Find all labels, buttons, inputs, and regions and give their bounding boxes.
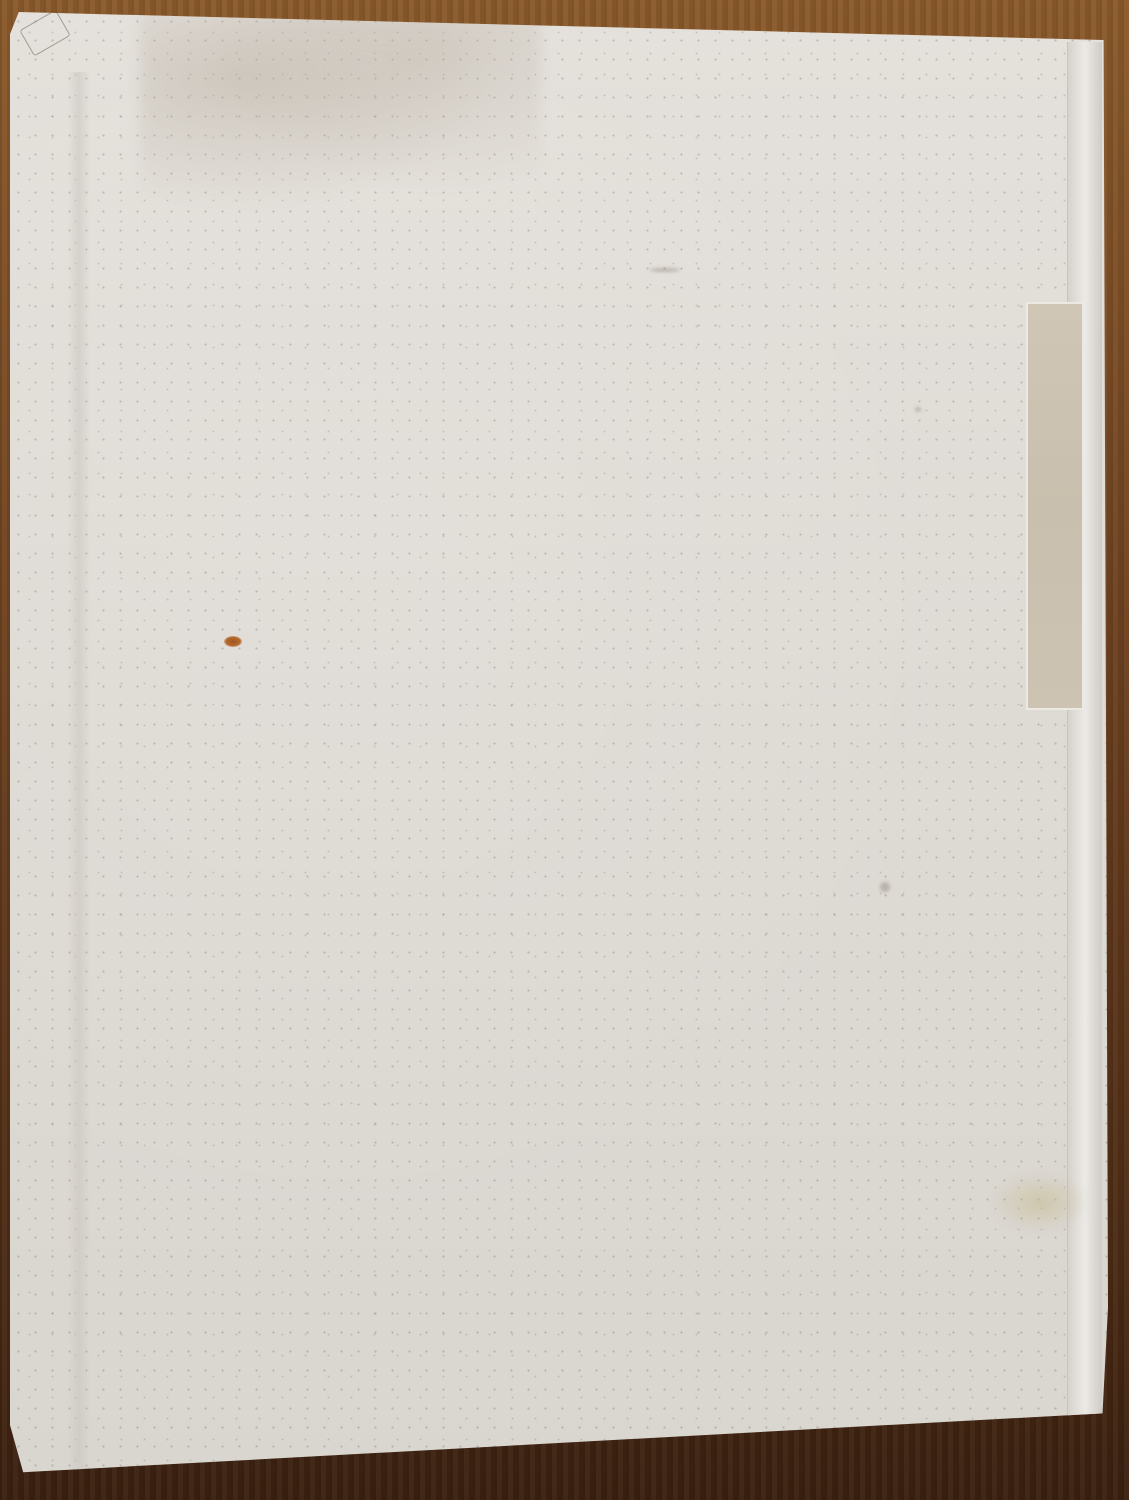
- rust-spot: [224, 636, 242, 647]
- leather-grain-texture: [10, 12, 1108, 1484]
- smudge-mark: [915, 407, 921, 412]
- yellow-stain: [990, 1172, 1090, 1232]
- book-back-cover: [10, 12, 1108, 1484]
- smudge-mark: [650, 268, 680, 272]
- cover-hinge-line: [68, 72, 90, 1472]
- spine-label: [1026, 302, 1084, 710]
- smudge-mark: [880, 882, 890, 892]
- water-stain-top: [140, 12, 540, 232]
